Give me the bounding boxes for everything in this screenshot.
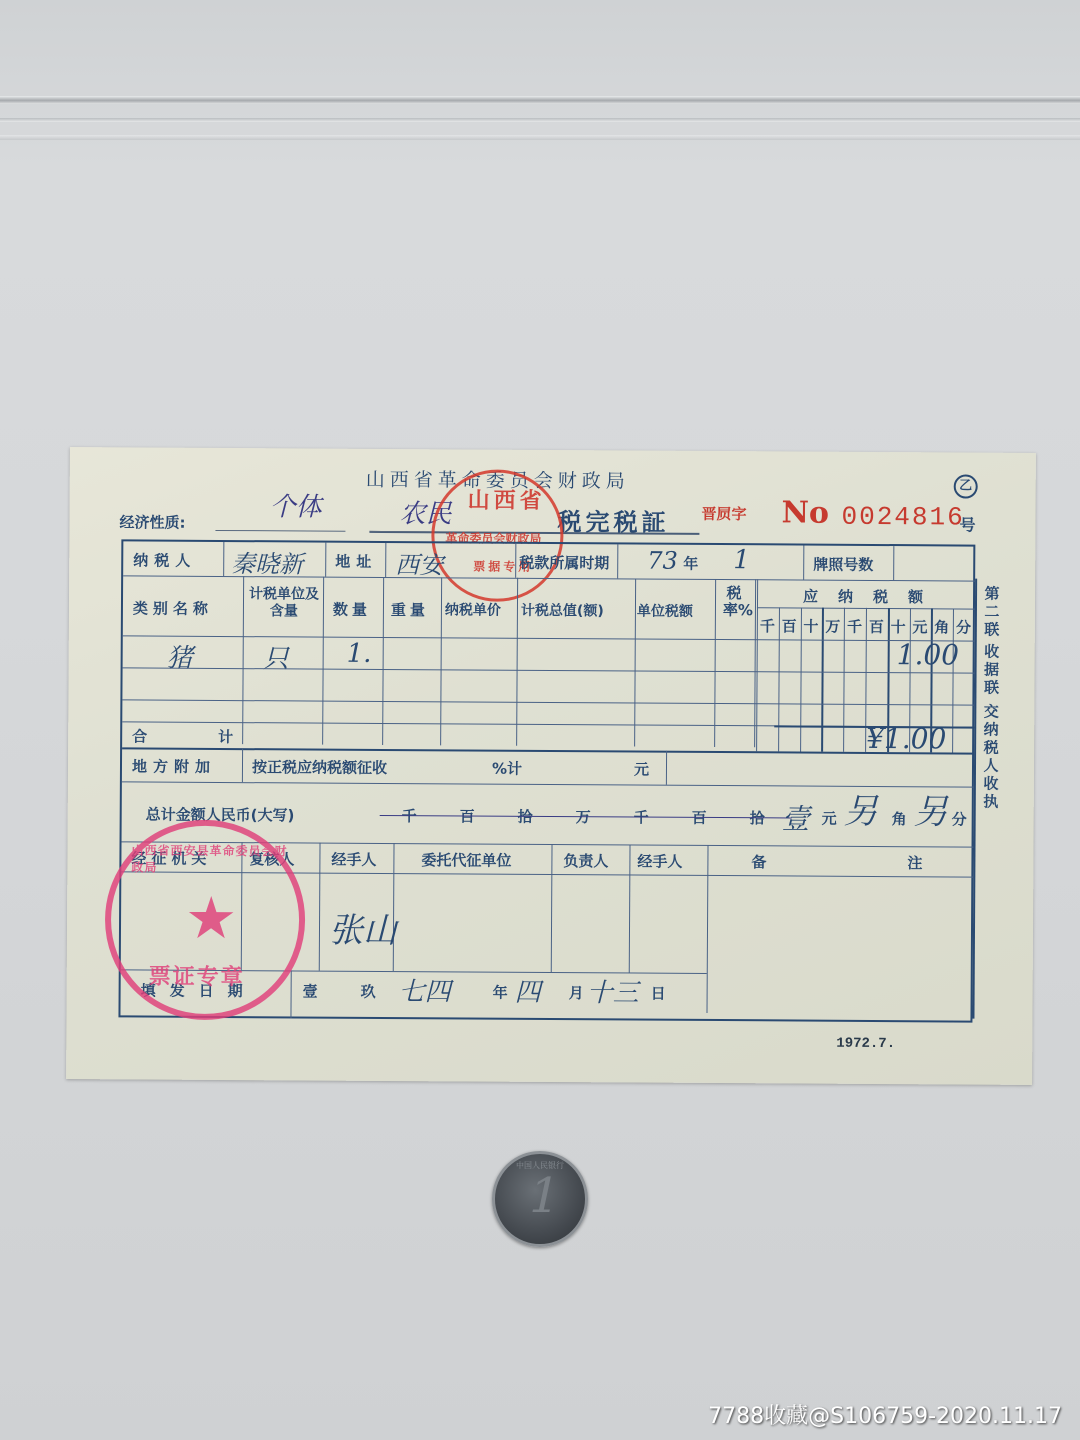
item-unit: 只 (263, 638, 289, 675)
seal-ring-text: 山西省西安县革命委员会财政局 (131, 841, 299, 876)
divider (634, 579, 636, 747)
divider (803, 546, 804, 580)
total-label-left: 合 (132, 725, 147, 746)
remarks-label-2: 注 (907, 852, 922, 873)
total-label-right: 计 (218, 726, 233, 747)
issue-date-year-label: 年 (493, 982, 508, 1003)
taxpayer-label: 纳税人 (133, 549, 196, 570)
digit-header: 百 (869, 616, 884, 637)
responsible-label: 负责人 (563, 850, 608, 871)
digit-divider (821, 608, 824, 752)
percent-label: %计 (492, 758, 522, 779)
issue-date-prefix-2: 玖 (361, 981, 376, 1002)
digit-divider (800, 608, 802, 752)
background-crease (0, 118, 1080, 122)
grand-total-fen-value: 另 (914, 784, 948, 833)
item-quantity: 1. (347, 639, 372, 669)
divider (893, 546, 894, 580)
digit-divider (778, 607, 780, 751)
watermark: 7788收藏@S106759-2020.11.17 (708, 1399, 1062, 1430)
total-amount: ¥1.00 (866, 722, 946, 755)
divider (385, 543, 386, 577)
divider (714, 579, 716, 747)
column-category: 类别名称 (133, 597, 213, 618)
address-value: 西安 (395, 545, 443, 580)
digit-header: 十 (803, 616, 818, 637)
column-tax-rate: 税率% (723, 585, 745, 619)
column-total-value: 计税总值(额) (521, 600, 604, 621)
digit-header: 万 (825, 616, 840, 637)
issue-date-prefix-1: 壹 (303, 980, 318, 1001)
side-copy-label: 第二联 (981, 585, 1003, 639)
divider (551, 844, 553, 972)
issue-date-year: 七四 (399, 971, 451, 1008)
star-icon: ★ (185, 884, 237, 952)
serial-number: 0024816 (841, 502, 964, 533)
handler2-label: 经手人 (637, 851, 682, 872)
digit-divider (843, 608, 845, 752)
tax-period-month: 1 (733, 545, 750, 575)
divider (706, 845, 708, 1013)
number-suffix: 号 (959, 512, 975, 535)
coin-numeral: 1 (523, 1168, 565, 1224)
handler-signature: 张山 (329, 903, 397, 952)
column-weight: 重量 (391, 599, 429, 620)
digit-header: 元 (912, 616, 927, 637)
column-unit-price: 纳税单价 (445, 599, 501, 619)
remarks-label-1: 备 (751, 851, 766, 872)
divider (122, 699, 974, 705)
tax-period-year: 73 (647, 547, 678, 575)
issue-date-month-label: 月 (569, 982, 584, 1003)
local-surcharge-text: 按正税应纳税额征收 (252, 756, 387, 778)
divider (516, 578, 518, 746)
side-holder-label: 交纳税人收执 (980, 703, 1003, 811)
taxpayer-value: 秦晓新 (231, 544, 303, 579)
item-category: 猪 (167, 638, 193, 675)
year-label: 年 (683, 553, 698, 574)
divider (325, 543, 326, 577)
divider (319, 843, 321, 971)
address-label: 地址 (335, 551, 377, 572)
digit-header: 十 (891, 616, 906, 637)
divider (290, 970, 291, 1018)
grand-total-jiao-label: 角 (892, 808, 907, 829)
tax-receipt-document: 山西省革命委员会财政局 乙 税完税証 晋屃字 No 0024816 号 经济性质… (66, 447, 1036, 1085)
divider (629, 844, 631, 972)
economic-nature-line (215, 530, 345, 532)
grand-total-fen-label: 分 (952, 808, 967, 829)
issue-date-day: 十三 (587, 972, 639, 1009)
number-label: No (781, 495, 829, 530)
local-surcharge-label: 地方附加 (132, 755, 216, 777)
digit-divider (952, 608, 954, 752)
coin: 中国人民银行 1 (492, 1151, 588, 1247)
divider (322, 577, 324, 745)
grand-total-yuan-value: 壹 (782, 797, 810, 837)
print-date: 1972.7. (836, 1036, 895, 1052)
stamp-top-text: 山西省 (468, 483, 546, 514)
column-unit: 计税单位及含量 (247, 586, 321, 620)
economic-nature-label: 经济性质: (119, 511, 185, 532)
digit-header: 分 (956, 616, 971, 637)
divider (617, 544, 618, 578)
digit-header: 角 (934, 616, 949, 637)
issue-date-day-label: 日 (651, 983, 666, 1004)
divider (242, 576, 244, 744)
digit-header: 百 (782, 615, 797, 636)
item-amount: 1.00 (897, 638, 960, 671)
background-crease (0, 96, 1080, 104)
divider (242, 748, 243, 782)
digit-header: 千 (847, 616, 862, 637)
seal-bottom-text: 票证专章 (149, 960, 245, 992)
tax-period-label: 税款所属时期 (519, 552, 609, 574)
divider (515, 544, 516, 578)
background-crease (0, 135, 1080, 140)
entrusted-unit-label: 委托代征单位 (421, 849, 511, 871)
economic-nature-handwritten: 个体 (269, 486, 321, 523)
copy-mark-badge: 乙 (954, 474, 978, 498)
divider (666, 751, 667, 785)
column-tax-due: 应纳税额 (803, 586, 943, 608)
column-quantity: 数量 (333, 599, 371, 620)
issue-date-month: 四 (515, 972, 541, 1009)
column-unit-tax: 单位税额 (637, 601, 693, 621)
divider (382, 577, 384, 745)
official-seal: 山西省西安县革命委员会财政局 ★ 票证专章 (104, 819, 305, 1020)
grand-total-yuan-label: 元 (822, 808, 837, 829)
license-number-label: 牌照号数 (813, 554, 873, 575)
divider (122, 747, 974, 754)
side-receipt-label: 收据联 (980, 643, 1002, 697)
divider (440, 577, 442, 745)
yuan-label: 元 (634, 759, 649, 780)
divider (223, 542, 224, 576)
divider (123, 667, 975, 673)
grand-total-jiao-value: 另 (844, 784, 878, 833)
series-label: 晋屃字 (701, 503, 746, 524)
digit-header: 千 (760, 615, 775, 636)
handler-label: 经手人 (331, 849, 376, 870)
